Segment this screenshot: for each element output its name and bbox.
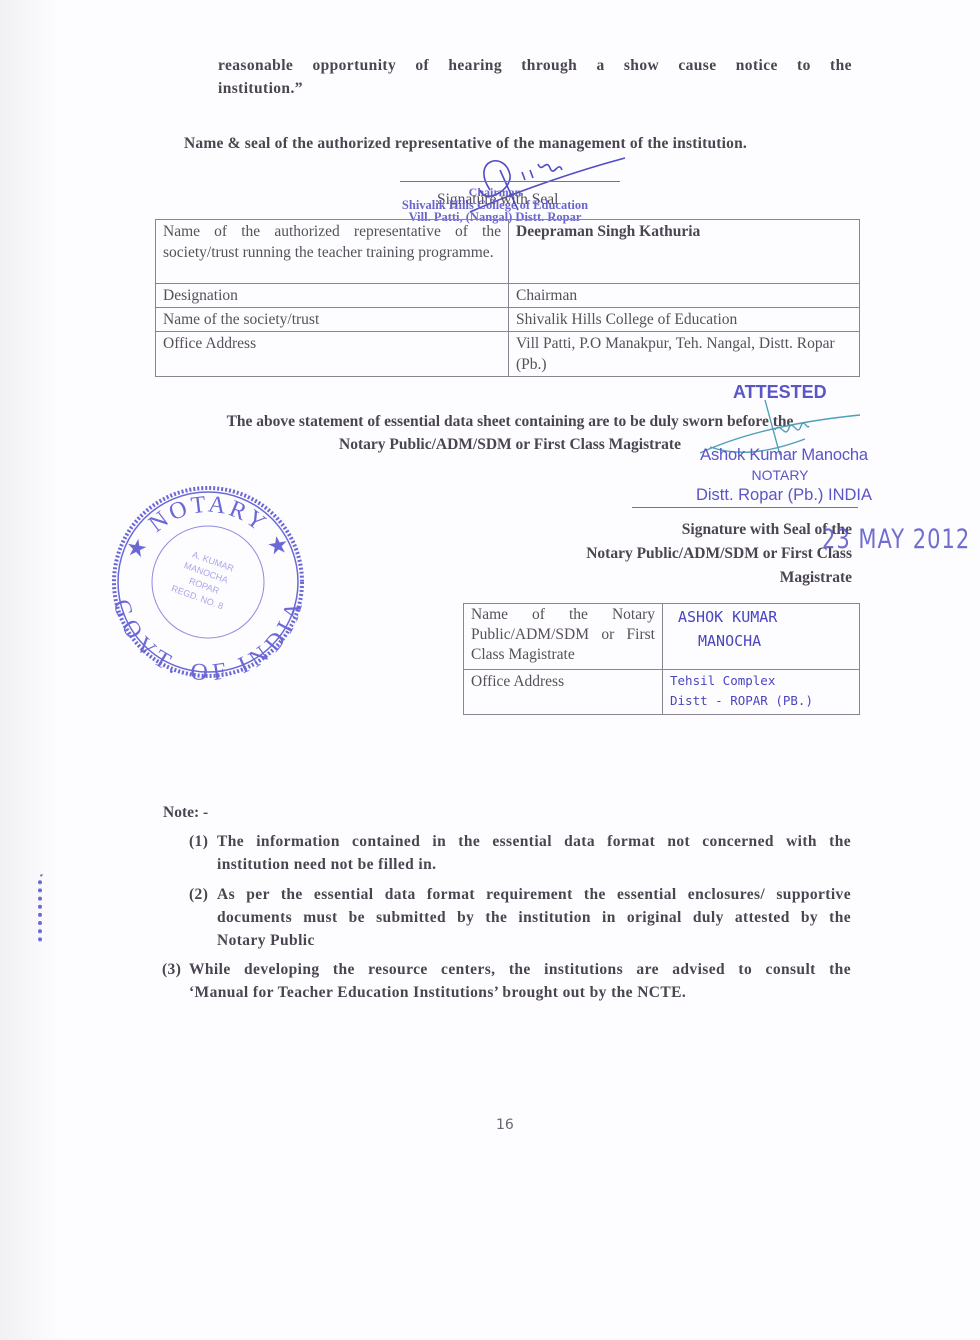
table-row: Office Address Tehsil Complex Distt - RO… [464, 670, 860, 715]
table-row: Name of the authorized representative of… [156, 220, 860, 284]
note-item-3: (3) While developing the resource center… [162, 958, 851, 1004]
table-cell-label: Name of the Notary Public/ADM/SDM or Fir… [464, 604, 663, 670]
table-cell-label: Name of the society/trust [156, 308, 509, 332]
notary-name-stamp: Ashok Kumar Manocha [684, 445, 884, 465]
table-row: Office Address Vill Patti, P.O Manakpur,… [156, 332, 860, 377]
notary-role-stamp: NOTARY [676, 465, 884, 485]
notary-caption-line-2: Notary Public/ADM/SDM or First Class [500, 542, 852, 566]
table-cell-label: Office Address [156, 332, 509, 377]
stamp-edge-mark [38, 874, 48, 944]
note-number: (1) [189, 830, 217, 853]
table-row: Name of the society/trust Shivalik Hills… [156, 308, 860, 332]
table-cell-label: Name of the authorized representative of… [156, 220, 509, 284]
notary-caption-line-3: Magistrate [500, 566, 852, 590]
table-cell-value: Chairman [509, 284, 860, 308]
table-cell-label: Designation [156, 284, 509, 308]
intro-line-1: reasonable opportunity of hearing throug… [218, 54, 852, 77]
note-number: (3) [162, 958, 189, 981]
notary-table: Name of the Notary Public/ADM/SDM or Fir… [463, 603, 860, 715]
table-cell-value: Vill Patti, P.O Manakpur, Teh. Nangal, D… [509, 332, 860, 377]
table-cell-handwritten: ASHOK KUMAR MANOCHA [663, 604, 860, 670]
intro-paragraph: reasonable opportunity of hearing throug… [218, 54, 852, 100]
table-row: Name of the Notary Public/ADM/SDM or Fir… [464, 604, 860, 670]
table-cell-value: Shivalik Hills College of Education [509, 308, 860, 332]
note-number: (2) [189, 883, 217, 906]
representative-table: Name of the authorized representative of… [155, 219, 860, 377]
notes-heading: Note: - [163, 804, 208, 822]
notary-location-stamp: Distt. Ropar (Pb.) INDIA [684, 485, 884, 505]
notary-seal: ★ NOTARY ★ GOVT. OF INDIA A. KUMAR MANOC… [106, 484, 310, 680]
date-stamp: 23 MAY 2012 [822, 524, 970, 554]
table-cell-handwritten: Tehsil Complex Distt - ROPAR (PB.) [663, 670, 860, 715]
note-item-2: (2) As per the essential data format req… [189, 883, 851, 952]
table-row: Designation Chairman [156, 284, 860, 308]
table-cell-label: Office Address [464, 670, 663, 715]
scan-edge-shadow [0, 0, 60, 1340]
note-item-1: (1) The information contained in the ess… [189, 830, 851, 876]
table-cell-value: Deepraman Singh Kathuria [509, 220, 860, 284]
intro-line-2: institution.” [218, 77, 852, 100]
notary-caption-line-1: Signature with Seal of the [500, 518, 852, 542]
attested-stamp-details: Ashok Kumar Manocha NOTARY Distt. Ropar … [684, 445, 884, 505]
notary-signature-caption: Signature with Seal of the Notary Public… [500, 518, 852, 590]
chairman-signature-line [400, 181, 620, 182]
notary-signature-line [632, 507, 858, 508]
notary-seal-icon: ★ NOTARY ★ GOVT. OF INDIA A. KUMAR MANOC… [106, 484, 310, 680]
page-number: 16 [496, 1117, 514, 1133]
